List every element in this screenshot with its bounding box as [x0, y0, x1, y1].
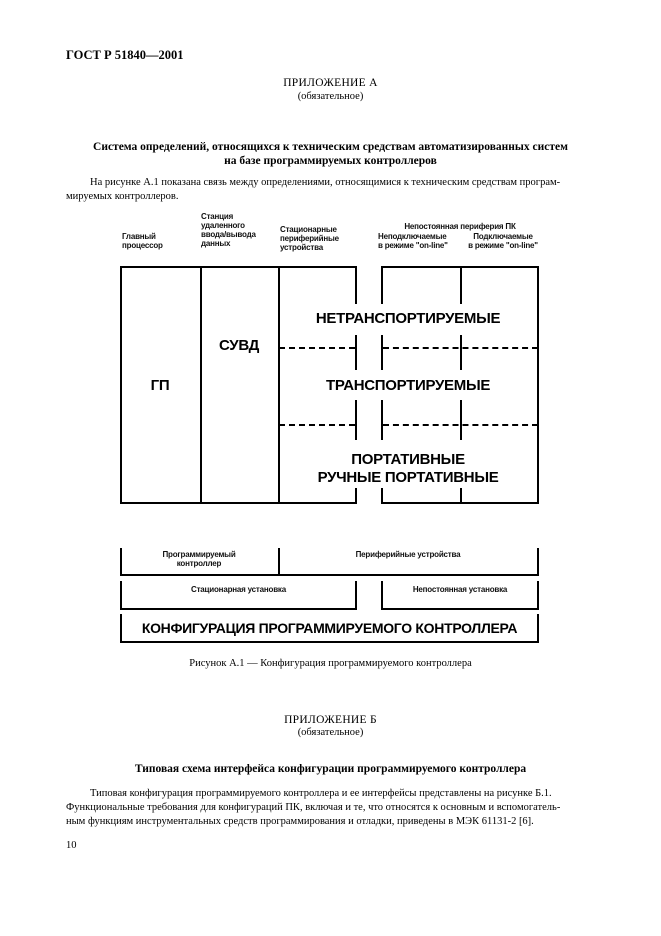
column-divider-online-seg — [460, 400, 462, 440]
annex-b-paragraph-line1: Типовая конфигурация программируемого ко… — [90, 788, 552, 799]
figure-a1-caption: Рисунок А.1 — Конфигурация программируем… — [0, 658, 661, 669]
annex-b-paragraph-line2: Функциональные требования для конфигурац… — [66, 801, 596, 815]
column-divider-gp — [200, 266, 202, 504]
cell-portable: ПОРТАТИВНЫЕ — [278, 451, 538, 469]
header-line: в режиме "on-line" — [378, 241, 448, 250]
header-line: Стационарные — [280, 225, 339, 234]
bracket-programmable-controller: Программируемый контроллер — [120, 550, 278, 568]
row-separator-dashed — [279, 347, 355, 349]
annex-b-section-title: Типовая схема интерфейса конфигурации пр… — [0, 762, 661, 776]
column-divider-online-seg — [460, 266, 462, 304]
column-divider-online-seg — [460, 488, 462, 504]
header-line: Неподключаемые — [378, 232, 448, 241]
cell-non-transportable: НЕТРАНСПОРТИРУЕМЫЕ — [278, 310, 538, 328]
gap-edge-left-seg — [355, 266, 357, 304]
annex-b-paragraph-line3: ным функциям инструментальных средств пр… — [66, 815, 596, 829]
cell-gp: ГП — [120, 377, 200, 395]
page-number: 10 — [66, 840, 77, 851]
gap-edge-right-seg — [381, 266, 383, 304]
annex-b-status: (обязательное) — [0, 727, 661, 738]
gap-edge-left-seg — [355, 400, 357, 440]
header-not-connected-online: Неподключаемые в режиме "on-line" — [378, 232, 448, 250]
header-connected-online: Подключаемые в режиме "on-line" — [463, 232, 543, 250]
bracket-base — [381, 608, 539, 610]
cell-suvd: СУВД — [200, 337, 278, 355]
bracket-base — [120, 608, 357, 610]
header-main-processor: Главный процессор — [122, 232, 163, 250]
bracket-label-line: контроллер — [120, 559, 278, 568]
header-line: данных — [201, 239, 256, 248]
header-line: удаленного — [201, 221, 256, 230]
header-line: периферийные — [280, 234, 339, 243]
header-line: Станция — [201, 212, 256, 221]
header-line: ввода/вывода — [201, 230, 256, 239]
row-separator-dashed — [383, 347, 538, 349]
header-line: устройства — [280, 243, 339, 252]
cell-transportable: ТРАНСПОРТИРУЕМЫЕ — [278, 377, 538, 395]
gap-edge-left-seg — [355, 488, 357, 504]
cell-handheld-portable: РУЧНЫЕ ПОРТАТИВНЫЕ — [278, 469, 538, 487]
header-nonpermanent-peripherals: Непостоянная периферия ПК — [372, 222, 548, 231]
header-stationary-peripherals: Стационарные периферийные устройства — [280, 225, 339, 252]
annex-b-title: ПРИЛОЖЕНИЕ Б — [0, 714, 661, 726]
annex-b-paragraph: Типовая конфигурация программируемого ко… — [66, 787, 596, 829]
header-line: процессор — [122, 241, 163, 250]
gap-edge-right-seg — [381, 488, 383, 504]
gap-edge-right-seg — [381, 400, 383, 440]
row-separator-dashed — [279, 424, 355, 426]
bracket-peripheral-devices: Периферийные устройства — [278, 550, 538, 559]
column-divider-online-seg — [460, 335, 462, 370]
header-remote-io-station: Станция удаленного ввода/вывода данных — [201, 212, 256, 248]
bracket-base — [120, 641, 539, 643]
frame-bottom-left — [120, 502, 357, 504]
bracket-configuration: КОНФИГУРАЦИЯ ПРОГРАММИРУЕМОГО КОНТРОЛЛЕР… — [120, 619, 539, 637]
bracket-stationary-installation: Стационарная установка — [120, 585, 357, 594]
header-line: в режиме "on-line" — [463, 241, 543, 250]
row-separator-dashed — [383, 424, 538, 426]
bracket-label-line: Программируемый — [120, 550, 278, 559]
bracket-nonpermanent-installation: Непостоянная установка — [381, 585, 539, 594]
header-line: Главный — [122, 232, 163, 241]
gap-edge-right-seg — [381, 335, 383, 370]
header-line: Подключаемые — [463, 232, 543, 241]
frame-top-left — [120, 266, 357, 268]
bracket-base — [120, 574, 539, 576]
gap-edge-left-seg — [355, 335, 357, 370]
